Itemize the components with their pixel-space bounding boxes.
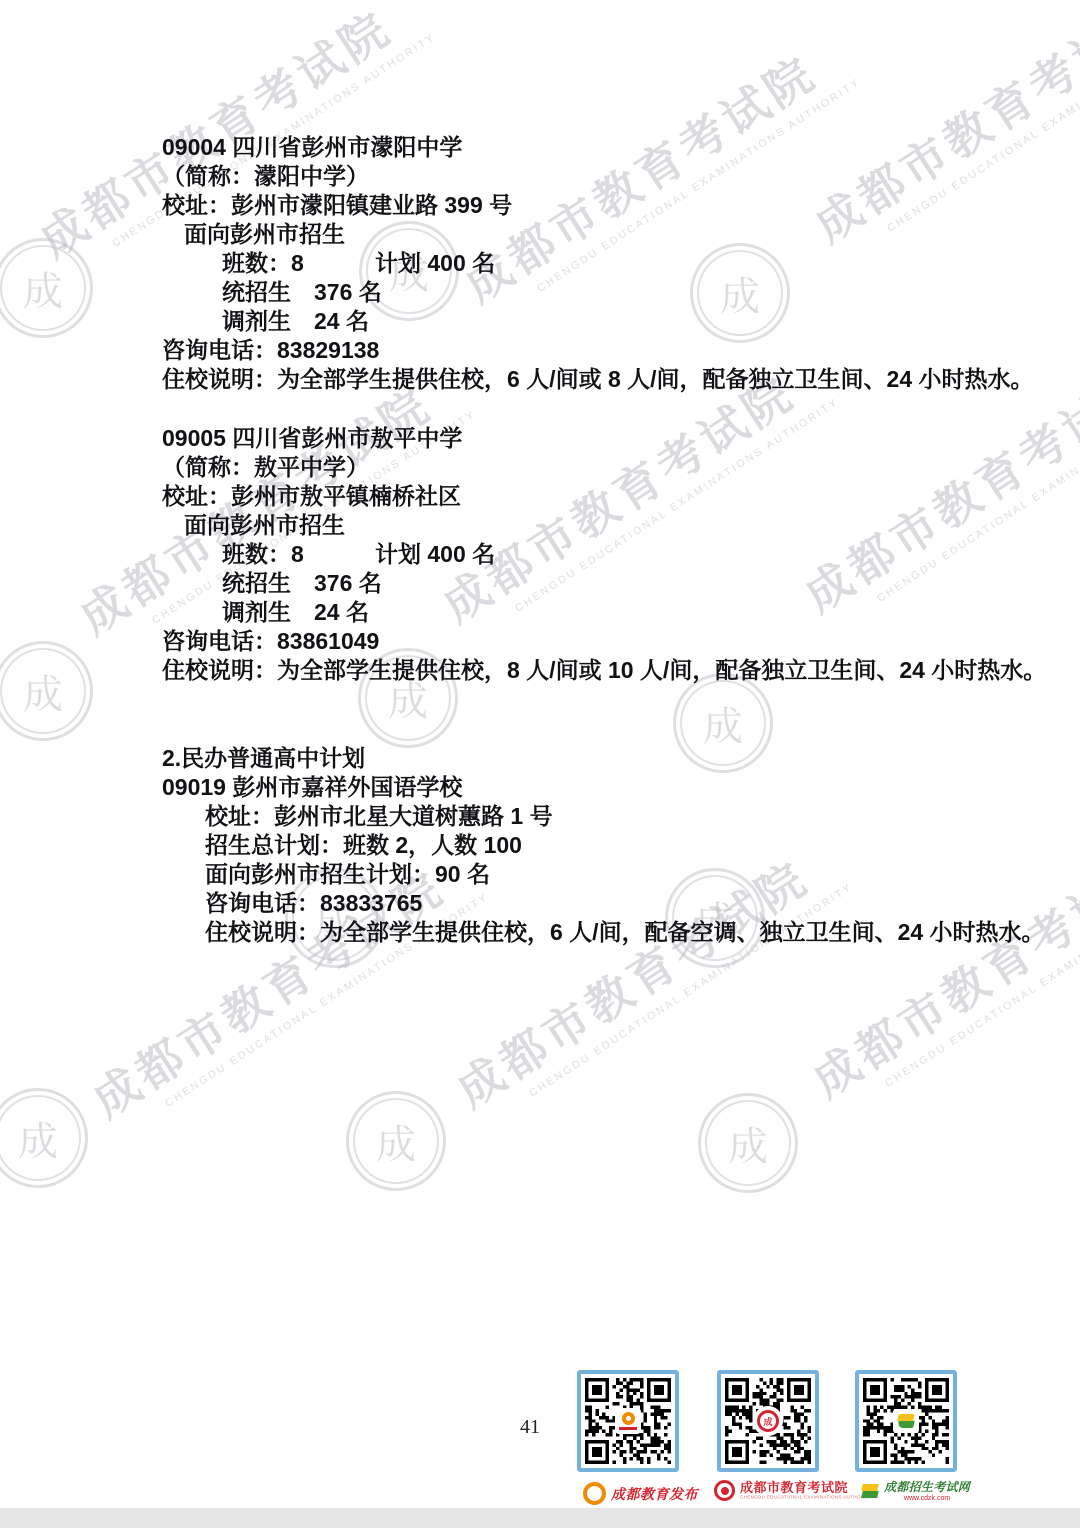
school-entry-09005: 09005 四川省彭州市敖平中学 （简称：敖平中学） 校址：彭州市敖平镇楠桥社区… (0, 424, 1080, 685)
bottom-edge-strip (0, 1508, 1080, 1528)
qr-card-exam-authority: 成 (717, 1370, 823, 1472)
total-plan-line: 招生总计划：班数 2，人数 100 (0, 831, 1080, 860)
qr-sub-label: www.cdzk.com (884, 1495, 970, 1502)
admission-scope: 面向彭州市招生计划：90 名 (0, 860, 1080, 889)
qr-sub-label: CHENGDU EDUCATIONAL EXAMINATIONS AUTHORI… (740, 1496, 873, 1501)
school-code-name: 09019 彭州市嘉祥外国语学校 (0, 773, 1080, 802)
school-address: 校址：彭州市濛阳镇建业路 399 号 (0, 191, 1080, 220)
housing-line: 住校说明：为全部学生提供住校，8 人/间或 10 人/间，配备独立卫生间、24 … (0, 656, 1080, 685)
school-short-name: （简称：敖平中学） (0, 453, 1080, 482)
seal-emblem-icon: 成 (698, 1093, 798, 1193)
orange-ring-icon (583, 1482, 606, 1505)
phone-line: 咨询电话：83829138 (0, 336, 1080, 365)
class-plan-line: 班数：8 计划 400 名 (0, 540, 1080, 569)
class-count: 班数：8 (222, 541, 304, 567)
plan-total: 计划 400 名 (375, 249, 495, 278)
adjusted-admission: 调剂生 24 名 (0, 598, 1080, 627)
phone-line: 咨询电话：83833765 (0, 889, 1080, 918)
class-count: 班数：8 (222, 250, 304, 276)
school-address: 校址：彭州市北星大道树蕙路 1 号 (0, 802, 1080, 831)
qr-code-icon (855, 1370, 957, 1472)
qr-center-logo-orange-icon (615, 1408, 641, 1434)
school-code-name: 09005 四川省彭州市敖平中学 (0, 424, 1080, 453)
document-page: 成都市教育考试院CHENGDU EDUCATIONAL EXAMINATIONS… (0, 0, 1080, 1528)
qr-card-enrollment-site (855, 1370, 961, 1472)
section-private-plan: 2.民办普通高中计划 09019 彭州市嘉祥外国语学校 校址：彭州市北星大道树蕙… (0, 744, 1080, 947)
qr-code-icon (577, 1370, 679, 1472)
class-plan-line: 班数：8 计划 400 名 (0, 249, 1080, 278)
school-code-name: 09004 四川省彭州市濛阳中学 (0, 133, 1080, 162)
school-address: 校址：彭州市敖平镇楠桥社区 (0, 482, 1080, 511)
page-number: 41 (520, 1416, 540, 1439)
qr-center-logo-red-icon: 成 (753, 1406, 783, 1436)
seal-emblem-icon: 成 (346, 1091, 446, 1191)
qr-label: 成都教育发布 (611, 1484, 698, 1504)
housing-line: 住校说明：为全部学生提供住校，6 人/间或 8 人/间，配备独立卫生间、24 小… (0, 365, 1080, 394)
school-short-name: （简称：濛阳中学） (0, 162, 1080, 191)
red-ring-icon (714, 1480, 735, 1501)
admission-scope: 面向彭州市招生 (0, 511, 1080, 540)
plan-total: 计划 400 名 (375, 540, 495, 569)
qr-caption-enrollment-site: 成都招生考试网 www.cdzk.com (862, 1481, 970, 1502)
qr-card-edu-release (577, 1370, 683, 1472)
phone-line: 咨询电话：83861049 (0, 627, 1080, 656)
qr-label: 成都招生考试网 (884, 1481, 970, 1493)
section-title: 2.民办普通高中计划 (0, 744, 1080, 773)
regular-admission: 统招生 376 名 (0, 278, 1080, 307)
qr-code-icon: 成 (717, 1370, 819, 1472)
adjusted-admission: 调剂生 24 名 (0, 307, 1080, 336)
housing-line: 住校说明：为全部学生提供住校，6 人/间，配备空调、独立卫生间、24 小时热水。 (0, 918, 1080, 947)
document-content: 09004 四川省彭州市濛阳中学 （简称：濛阳中学） 校址：彭州市濛阳镇建业路 … (0, 133, 1080, 947)
qr-caption-edu-release: 成都教育发布 (583, 1482, 698, 1505)
qr-center-logo-flag-icon (893, 1409, 919, 1433)
school-entry-09004: 09004 四川省彭州市濛阳中学 （简称：濛阳中学） 校址：彭州市濛阳镇建业路 … (0, 133, 1080, 394)
flag-icon (862, 1484, 879, 1499)
seal-emblem-icon: 成 (0, 1088, 88, 1188)
regular-admission: 统招生 376 名 (0, 569, 1080, 598)
admission-scope: 面向彭州市招生 (0, 220, 1080, 249)
